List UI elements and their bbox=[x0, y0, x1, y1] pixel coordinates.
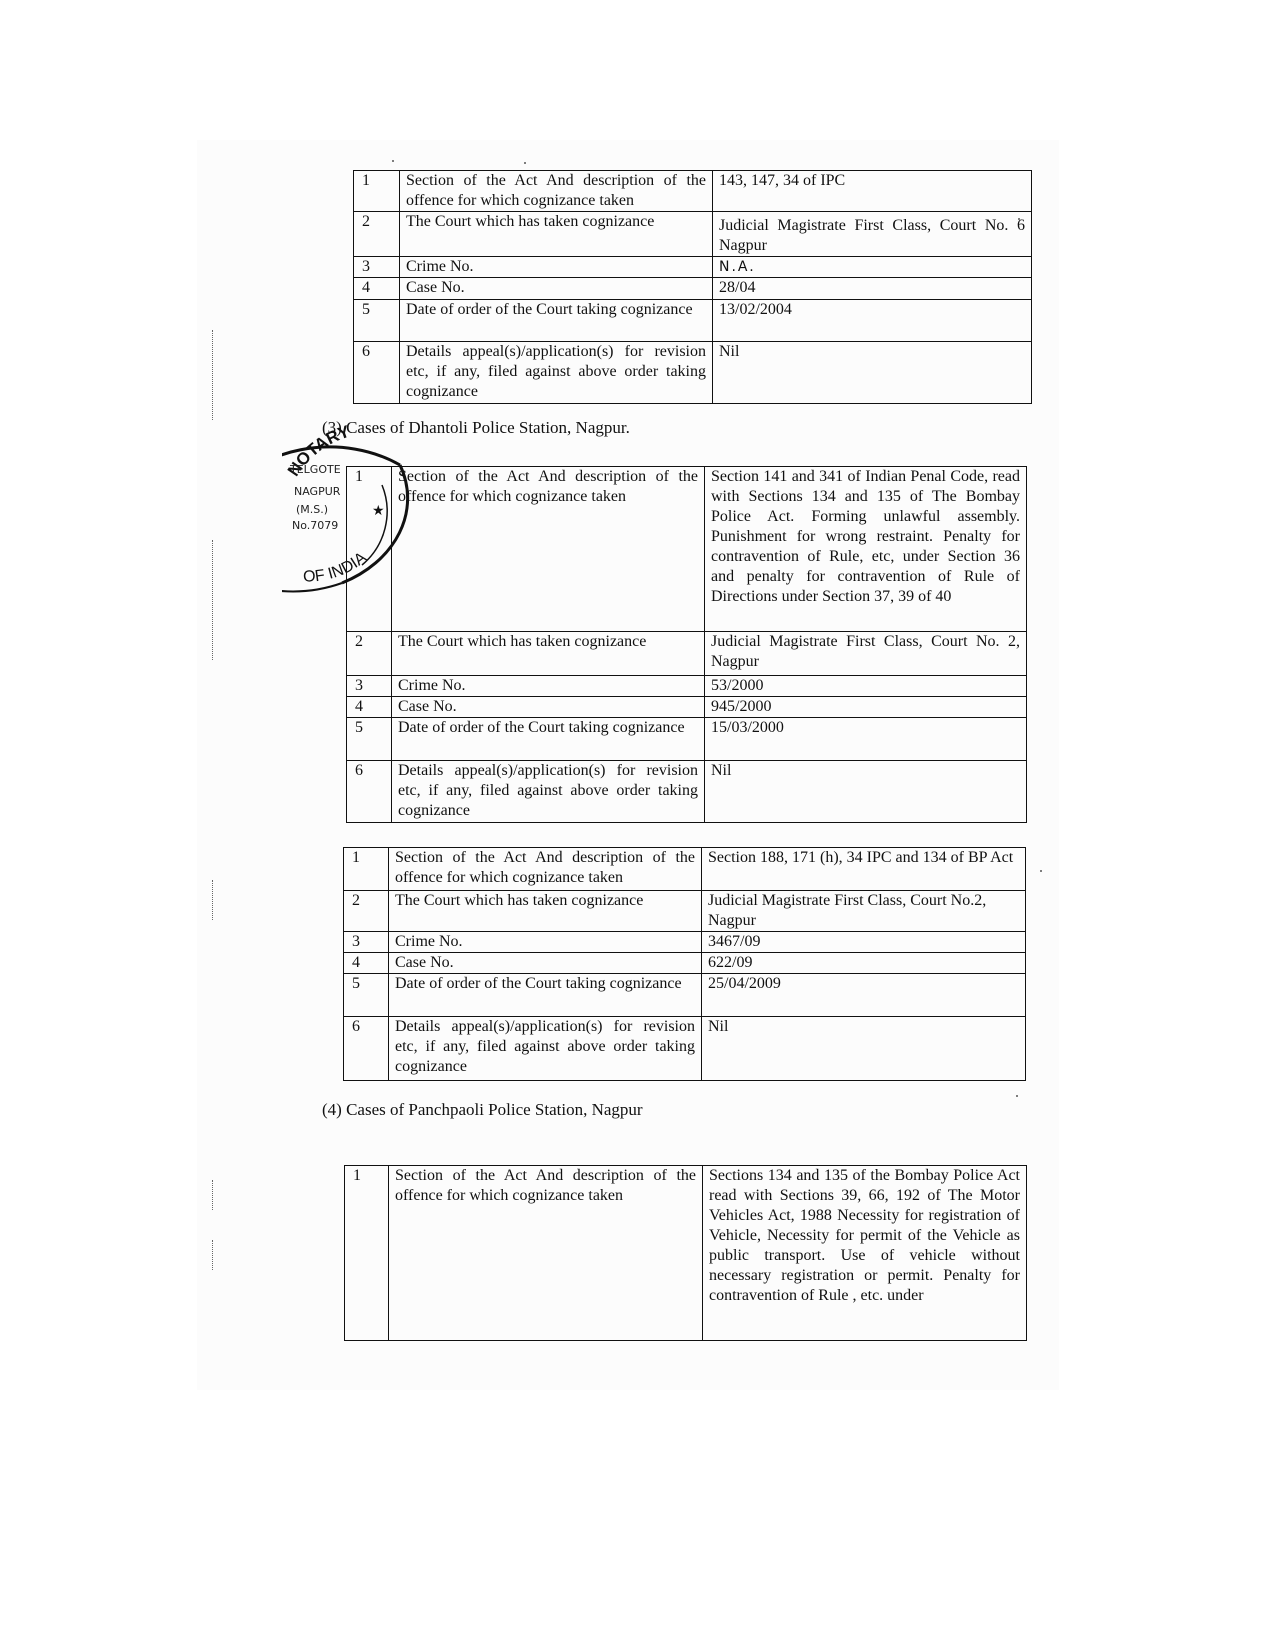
row-label: The Court which has taken cognizance bbox=[392, 632, 705, 676]
case-table-panchpaoli: 1 Section of the Act And description of … bbox=[344, 1165, 1027, 1341]
row-number: 4 bbox=[344, 953, 389, 974]
row-number: 4 bbox=[354, 278, 400, 300]
row-value: Sections 134 and 135 of the Bombay Polic… bbox=[703, 1166, 1027, 1341]
scan-artifact bbox=[1040, 870, 1042, 872]
row-label: The Court which has taken cognizance bbox=[389, 891, 702, 932]
table-row: 1 Section of the Act And description of … bbox=[354, 171, 1032, 212]
row-number: 5 bbox=[347, 718, 392, 761]
row-value: 13/02/2004 bbox=[713, 300, 1032, 342]
table-row: 5 Date of order of the Court taking cogn… bbox=[344, 974, 1026, 1017]
case-table-dhantoli: 1 Section of the Act And description of … bbox=[346, 466, 1027, 823]
row-value: Judicial Magistrate First Class, Court N… bbox=[705, 632, 1027, 676]
table-row: 6 Details appeal(s)/application(s) for r… bbox=[354, 342, 1032, 404]
table-row: 3 Crime No. N.A. bbox=[354, 257, 1032, 278]
row-number: 6 bbox=[347, 761, 392, 823]
row-number: 5 bbox=[354, 300, 400, 342]
table-row: 2 The Court which has taken cognizance J… bbox=[344, 891, 1026, 932]
row-value: Nil bbox=[705, 761, 1027, 823]
row-value: 622/09 bbox=[702, 953, 1026, 974]
table-row: 3 Crime No. 3467/09 bbox=[344, 932, 1026, 953]
row-label: Crime No. bbox=[400, 257, 713, 278]
row-label: The Court which has taken cognizance bbox=[400, 212, 713, 257]
row-number: 5 bbox=[344, 974, 389, 1017]
table-row: 4 Case No. 28/04 bbox=[354, 278, 1032, 300]
row-label: Details appeal(s)/application(s) for rev… bbox=[392, 761, 705, 823]
row-label: Section of the Act And description of th… bbox=[400, 171, 713, 212]
row-value: Nil bbox=[702, 1017, 1026, 1081]
row-label: Date of order of the Court taking cogniz… bbox=[389, 974, 702, 1017]
row-value: 53/2000 bbox=[705, 676, 1027, 697]
row-value: Judicial Magistrate First Class, Court N… bbox=[713, 212, 1032, 257]
row-number: 4 bbox=[347, 697, 392, 718]
row-value: Judicial Magistrate First Class, Court N… bbox=[702, 891, 1026, 932]
row-number: 3 bbox=[354, 257, 400, 278]
row-value: 945/2000 bbox=[705, 697, 1027, 718]
row-value: 15/03/2000 bbox=[705, 718, 1027, 761]
scan-artifact bbox=[212, 880, 213, 920]
row-value: 25/04/2009 bbox=[702, 974, 1026, 1017]
table-row: 1 Section of the Act And description of … bbox=[347, 467, 1027, 632]
row-label: Section of the Act And description of th… bbox=[392, 467, 705, 632]
row-number: 1 bbox=[347, 467, 392, 632]
table-row: 4 Case No. 945/2000 bbox=[347, 697, 1027, 718]
row-number: 2 bbox=[344, 891, 389, 932]
row-label: Case No. bbox=[389, 953, 702, 974]
row-number: 6 bbox=[354, 342, 400, 404]
row-value: Section 141 and 341 of Indian Penal Code… bbox=[705, 467, 1027, 632]
row-value: 143, 147, 34 of IPC bbox=[713, 171, 1032, 212]
row-label: Details appeal(s)/application(s) for rev… bbox=[400, 342, 713, 404]
table-row: 1 Section of the Act And description of … bbox=[345, 1166, 1027, 1341]
row-value: Nil bbox=[713, 342, 1032, 404]
case-table-3: 1 Section of the Act And description of … bbox=[343, 847, 1026, 1081]
row-label: Details appeal(s)/application(s) for rev… bbox=[389, 1017, 702, 1081]
table-row: 6 Details appeal(s)/application(s) for r… bbox=[344, 1017, 1026, 1081]
scan-artifact bbox=[212, 1180, 213, 1210]
scan-artifact bbox=[524, 162, 526, 164]
row-number: 2 bbox=[347, 632, 392, 676]
row-number: 1 bbox=[354, 171, 400, 212]
row-label: Date of order of the Court taking cogniz… bbox=[400, 300, 713, 342]
section-heading-panchpaoli: (4) Cases of Panchpaoli Police Station, … bbox=[322, 1100, 643, 1120]
row-label: Date of order of the Court taking cogniz… bbox=[392, 718, 705, 761]
scan-artifact bbox=[1016, 1095, 1018, 1097]
table-row: 1 Section of the Act And description of … bbox=[344, 848, 1026, 891]
row-number: 1 bbox=[344, 848, 389, 891]
row-label: Section of the Act And description of th… bbox=[389, 1166, 703, 1341]
row-label: Crime No. bbox=[389, 932, 702, 953]
row-label: Case No. bbox=[400, 278, 713, 300]
row-number: 2 bbox=[354, 212, 400, 257]
row-value: 3467/09 bbox=[702, 932, 1026, 953]
row-number: 6 bbox=[344, 1017, 389, 1081]
scan-artifact bbox=[212, 330, 213, 420]
row-label: Crime No. bbox=[392, 676, 705, 697]
row-number: 3 bbox=[344, 932, 389, 953]
row-number: 3 bbox=[347, 676, 392, 697]
scan-artifact bbox=[1018, 218, 1020, 220]
scan-artifact bbox=[392, 160, 394, 162]
scan-artifact bbox=[212, 1240, 213, 1270]
row-value: Section 188, 171 (h), 34 IPC and 134 of … bbox=[702, 848, 1026, 891]
table-row: 5 Date of order of the Court taking cogn… bbox=[347, 718, 1027, 761]
table-row: 3 Crime No. 53/2000 bbox=[347, 676, 1027, 697]
case-table-1: 1 Section of the Act And description of … bbox=[353, 170, 1032, 404]
row-value: N.A. bbox=[713, 257, 1032, 278]
table-row: 6 Details appeal(s)/application(s) for r… bbox=[347, 761, 1027, 823]
row-number: 1 bbox=[345, 1166, 389, 1341]
table-row: 2 The Court which has taken cognizance J… bbox=[354, 212, 1032, 257]
table-row: 4 Case No. 622/09 bbox=[344, 953, 1026, 974]
row-label: Section of the Act And description of th… bbox=[389, 848, 702, 891]
scan-artifact bbox=[212, 540, 213, 660]
table-row: 2 The Court which has taken cognizance J… bbox=[347, 632, 1027, 676]
section-heading-dhantoli: (3) Cases of Dhantoli Police Station, Na… bbox=[322, 418, 630, 438]
table-row: 5 Date of order of the Court taking cogn… bbox=[354, 300, 1032, 342]
row-value: 28/04 bbox=[713, 278, 1032, 300]
row-label: Case No. bbox=[392, 697, 705, 718]
